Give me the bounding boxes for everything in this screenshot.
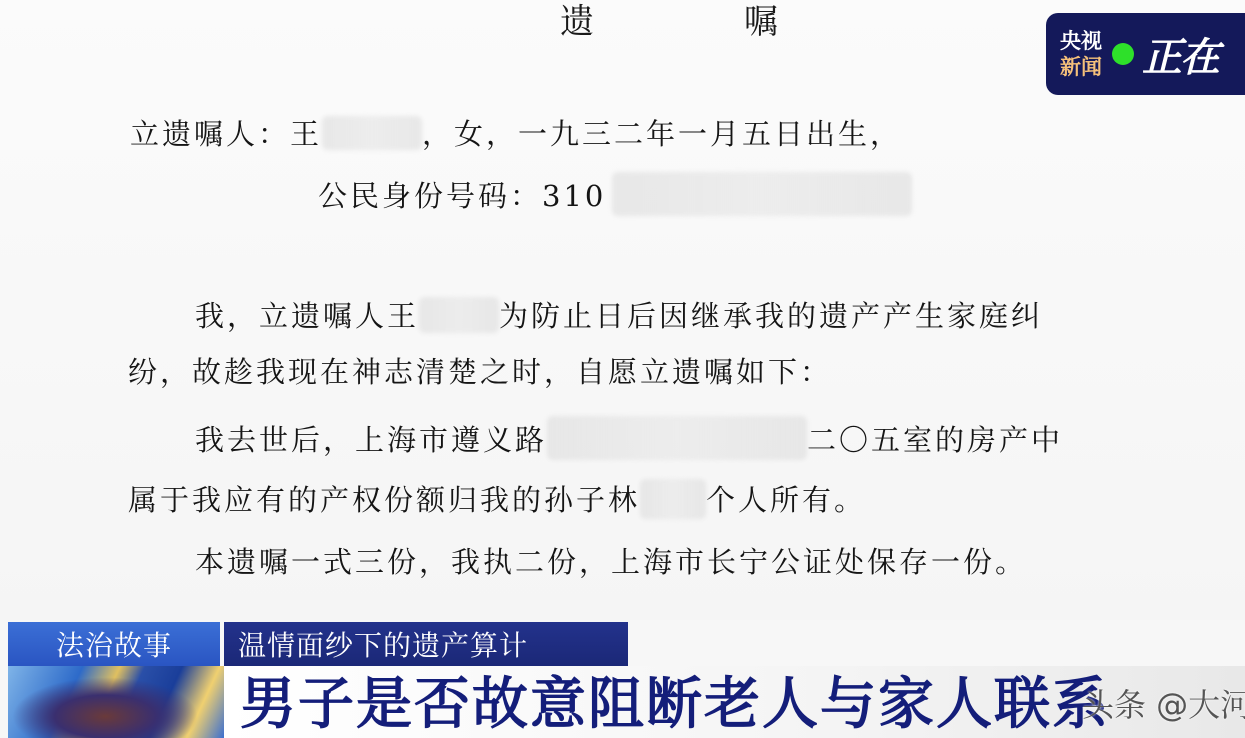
text: 属于我应有的产权份额归我的孙子林 xyxy=(128,478,640,519)
paragraph2-line1: 我去世后，上海市遵义路 二〇五室的房产中 xyxy=(195,416,1063,460)
title-char: 嘱 xyxy=(744,0,780,43)
id-line: 公民身份号码：310 xyxy=(318,172,912,216)
logo-text: 央视 新闻 xyxy=(1060,28,1102,80)
testator-label: 立遗嘱人：王 xyxy=(130,112,322,153)
paragraph1-line1: 我，立遗嘱人王 为防止日后因继承我的遗产产生家庭纠 xyxy=(195,294,1043,335)
program-category: 法治故事 xyxy=(8,622,220,666)
cctv-news-logo: 央视 新闻 正在 xyxy=(1046,13,1245,95)
text: 我，立遗嘱人王 xyxy=(195,294,419,335)
text: 我去世后，上海市遵义路 xyxy=(195,418,547,459)
paragraph3-line1: 本遗嘱一式三份，我执二份，上海市长宁公证处保存一份。 xyxy=(195,540,1027,581)
redacted-name xyxy=(419,297,499,333)
id-label: 公民身份号码：310 xyxy=(318,174,606,215)
testator-details: ，女，一九三二年一月五日出生， xyxy=(422,112,902,153)
live-label: 正在 xyxy=(1142,26,1218,83)
text: 个人所有。 xyxy=(706,478,866,519)
testator-line: 立遗嘱人：王 ，女，一九三二年一月五日出生， xyxy=(130,112,902,153)
text: 本遗嘱一式三份，我执二份，上海市长宁公证处保存一份。 xyxy=(195,540,1027,581)
globe-graphic-icon xyxy=(8,666,224,738)
text: 为防止日后因继承我的遗产产生家庭纠 xyxy=(499,294,1043,335)
live-dot-icon xyxy=(1112,43,1134,65)
logo-line2: 新闻 xyxy=(1060,54,1102,80)
text: 纷，故趁我现在神志清楚之时，自愿立遗嘱如下： xyxy=(128,350,832,391)
document-title: 遗 嘱 xyxy=(560,0,780,43)
title-char: 遗 xyxy=(560,0,596,43)
logo-line1: 央视 xyxy=(1060,28,1102,54)
redacted-address xyxy=(547,416,807,460)
redacted-id xyxy=(612,172,912,216)
redacted-name xyxy=(640,479,706,519)
headline: 男子是否故意阻断老人与家人联系 xyxy=(240,664,1110,736)
watermark: 头条 @大河 xyxy=(1082,680,1245,726)
redacted-name xyxy=(322,116,422,150)
text: 二〇五室的房产中 xyxy=(807,418,1063,459)
paragraph1-line2: 纷，故趁我现在神志清楚之时，自愿立遗嘱如下： xyxy=(128,350,832,391)
paragraph2-line2: 属于我应有的产权份额归我的孙子林 个人所有。 xyxy=(128,478,866,519)
